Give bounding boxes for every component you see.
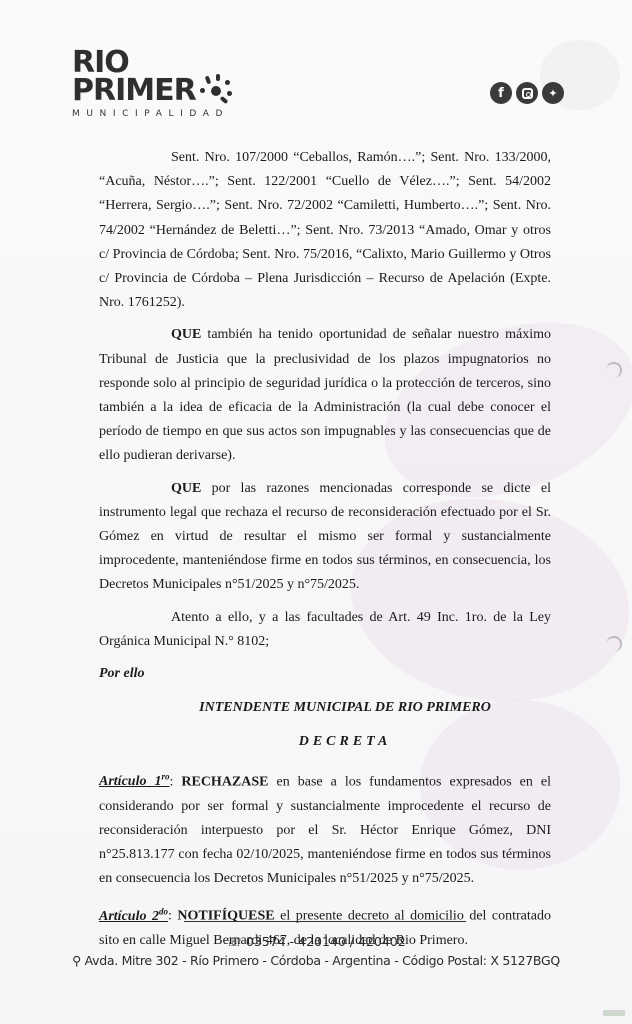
paragraph-sentencias: Sent. Nro. 107/2000 “Ceballos, Ramón….”;… <box>99 146 551 315</box>
location-pin-icon: ⚲ <box>72 953 81 968</box>
intendente-heading: INTENDENTE MUNICIPAL DE RIO PRIMERO <box>99 696 551 720</box>
logo-subtitle: MUNICIPALIDAD <box>72 109 232 119</box>
phone-icon: ☏ <box>226 934 242 949</box>
por-ello-label: Por ello <box>99 662 551 686</box>
social-icons: f ✦ <box>490 82 564 104</box>
phone-number: 03574 - 420140 / 420402 <box>246 934 406 949</box>
logo-line2-text: PRIMER <box>72 78 196 104</box>
logo-line2: PRIMER <box>72 76 232 106</box>
sun-burst-icon <box>200 76 232 106</box>
instagram-icon[interactable] <box>516 82 538 104</box>
paragraph-atento: Atento a ello, y a las facultades de Art… <box>99 606 551 654</box>
article-2-label: Artículo 2do <box>99 909 168 924</box>
footer-divider <box>184 921 466 922</box>
document-body: Sent. Nro. 107/2000 “Ceballos, Ramón….”;… <box>99 146 551 961</box>
punch-hole-mark <box>606 362 622 378</box>
punch-hole-mark <box>606 636 622 652</box>
footer-address: ⚲ Avda. Mitre 302 - Río Primero - Córdob… <box>0 953 632 968</box>
article-1: Artículo 1ro: RECHAZASE en base a los fu… <box>99 765 551 892</box>
paragraph-que-2: QUE por las razones mencionadas correspo… <box>99 477 551 598</box>
footer-phone: ☏ 03574 - 420140 / 420402 <box>0 934 632 949</box>
article-1-label: Artículo 1ro <box>99 774 169 789</box>
address-text: Avda. Mitre 302 - Río Primero - Córdoba … <box>85 953 560 968</box>
document-page: RIO PRIMER MUNICIPALIDAD f ✦ Sent. Nro. … <box>0 0 632 1024</box>
municipality-logo: RIO PRIMER MUNICIPALIDAD <box>72 50 232 119</box>
facebook-icon[interactable]: f <box>490 82 512 104</box>
scanner-stamp <box>603 1010 625 1016</box>
twitter-icon[interactable]: ✦ <box>542 82 564 104</box>
paragraph-que-1: QUE también ha tenido oportunidad de señ… <box>99 323 551 468</box>
decreta-heading: DECRETA <box>99 730 551 754</box>
